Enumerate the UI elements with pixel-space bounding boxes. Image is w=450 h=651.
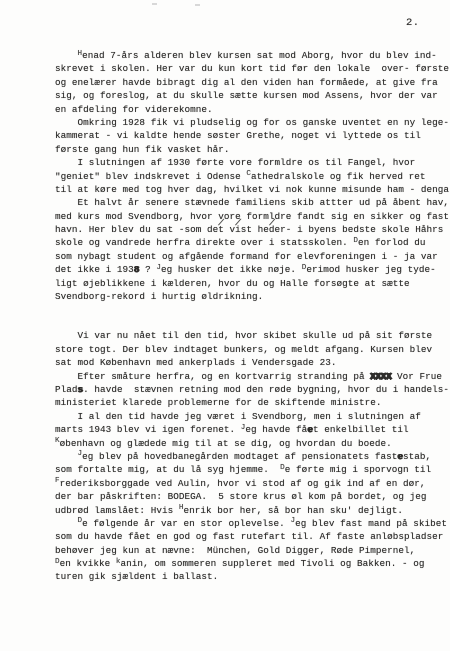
text-line: Jeg blev på hovedbanegården modtaget af … (55, 450, 448, 463)
text-line: Vi var nu nået til den tid, hvor skibet … (55, 329, 448, 342)
text-line: behøver jeg kun at nævne: München, Gold … (55, 544, 448, 557)
text-line: som nybagt student og afgående formand f… (55, 250, 448, 263)
text-line: der bar påskriften: BODEGA. 5 store krus… (55, 490, 448, 503)
text-line: skrevet i skolen. Her var du kun kort ti… (55, 62, 448, 75)
text-line: store togt. Der blev indtaget bunkers, o… (55, 343, 448, 356)
scan-speck-icon (195, 4, 200, 6)
text-line: Svendborg-rekord i hurtig øldrikning. (55, 290, 448, 303)
text-line: turen gik sjældent i ballast. (55, 570, 448, 583)
text-line: De følgende år var en stor oplevelse. Je… (55, 517, 448, 530)
text-line: "geniet" blev indskrevet i Odense Cathed… (55, 170, 448, 183)
text-line: med kurs mod Svendborg, hvor vore formld… (55, 210, 448, 223)
text-line: en afdeling for viderekomne. (55, 103, 448, 116)
text-line: Efter småture herfra, og en kortvarrig s… (55, 370, 448, 383)
text-line (55, 303, 448, 329)
text-line: sat mod København med ankerplads i Vende… (55, 356, 448, 369)
text-line: udbrød lamslået: Hvis Henrik bor her, så… (55, 504, 448, 517)
text-line: det ikke i 1938 ? Jeg husker det ikke nø… (55, 263, 448, 276)
text-line: I slutningen af 1930 førte vore formldre… (55, 156, 448, 169)
text-line: I al den tid havde jeg været i Svendborg… (55, 410, 448, 423)
text-line: sig, og foreslog, at du skulle sætte kur… (55, 89, 448, 102)
text-line: Et halvt år senere stævnede familiens sk… (55, 196, 448, 209)
text-line: skole og vandrede herfra direkte over i … (55, 236, 448, 249)
scan-speck-icon (152, 3, 157, 5)
text-line: Henad 7-års alderen blev kursen sat mod … (55, 49, 448, 62)
text-line: marts 1943 blev vi igen forenet. Jeg hav… (55, 423, 448, 436)
typewritten-text: Henad 7-års alderen blev kursen sat mod … (55, 49, 448, 584)
text-line: Omkring 1928 fik vi pludselig og for os … (55, 116, 448, 129)
text-line: Frederiksborggade ved Aulin, hvor vi sto… (55, 477, 448, 490)
text-line: ministeriet klarede problemerne for de s… (55, 396, 448, 409)
scanned-page: 2. Henad 7-års alderen blev kursen sat m… (0, 0, 450, 651)
text-line: som fortalte mig, at du lå syg hjemme. D… (55, 463, 448, 476)
text-line: til at køre med tog hver dag, hvilket vi… (55, 183, 448, 196)
text-line: København og glædede mig til at se dig, … (55, 437, 448, 450)
text-line: første gang hun fik vasket hår. (55, 143, 448, 156)
text-line: og enelærer havde bibragt dig al den vid… (55, 76, 448, 89)
text-line: Plads. havde stævnen retning mod den rød… (55, 383, 448, 396)
page-number: 2. (406, 17, 420, 29)
text-line: ligt øjeblikkene i kælderen, hvor du og … (55, 277, 448, 290)
text-line: Den kvikke kanin, om sommeren suppleret … (55, 557, 448, 570)
text-line: kammerat - vi kaldte hende søster Grethe… (55, 129, 448, 142)
text-line: som du havde fået en god og fast rutefar… (55, 530, 448, 543)
text-line: havn. Her blev du sat -som det/ vi/st he… (55, 223, 448, 236)
